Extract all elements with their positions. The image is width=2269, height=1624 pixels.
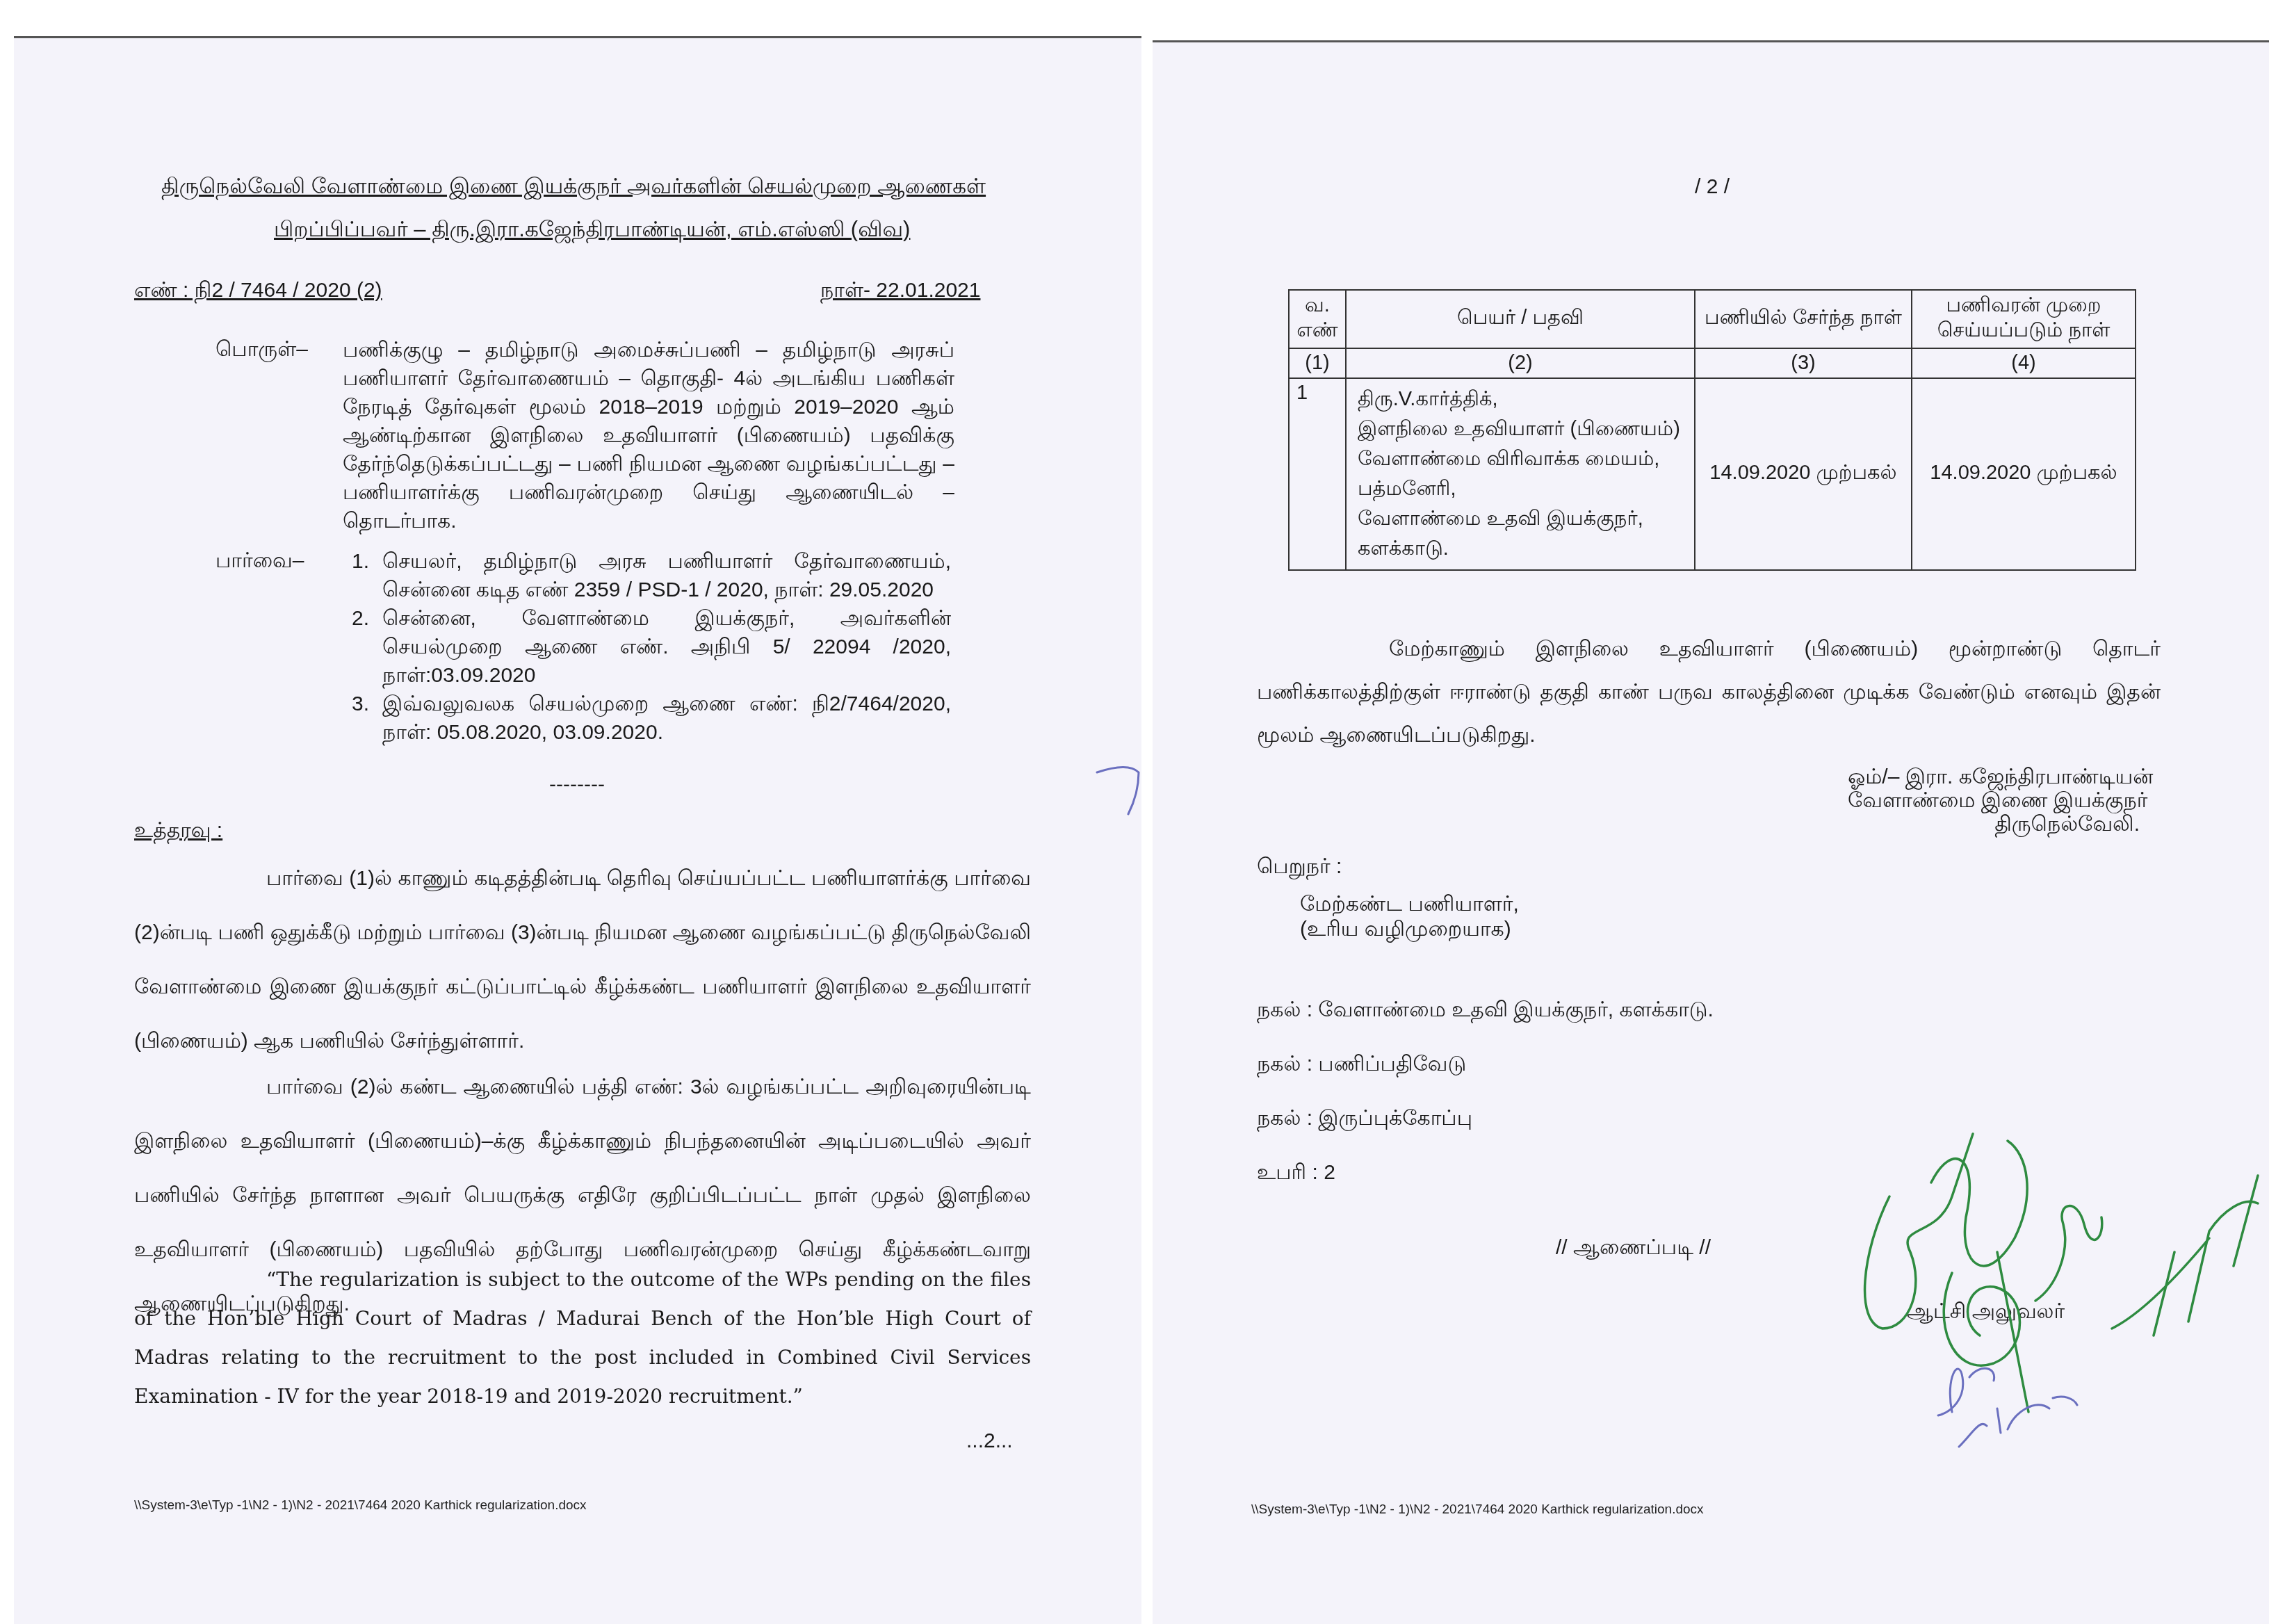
header-sno: வ. எண் xyxy=(1289,290,1346,348)
order-label: உத்தரவு : xyxy=(134,818,222,843)
signatory-name: ஓம்/– இரா. கஜேந்திரபாண்டியன் xyxy=(1848,765,2140,789)
cell-regularization-date: 14.09.2020 முற்பகல் xyxy=(1912,378,2136,570)
column-number: (4) xyxy=(1912,348,2136,378)
column-number: (1) xyxy=(1289,348,1346,378)
header-regularization-date: பணிவரன் முறை செய்யப்படும் நாள் xyxy=(1912,290,2136,348)
document-page-2: / 2 / வ. எண் பெயர் / பதவி பணியில் சேர்ந்… xyxy=(1153,40,2269,1624)
spare-copies: உபரி : 2 xyxy=(1257,1160,1335,1185)
cell-joining-date: 14.09.2020 முற்பகல் xyxy=(1695,378,1912,570)
recipient-label: பெறுநர் : xyxy=(1257,854,1342,879)
copy-item: நகல் : இருப்புக்கோப்பு xyxy=(1257,1106,1472,1131)
header-name: பெயர் / பதவி xyxy=(1346,290,1695,348)
court-condition: “The regularization is subject to the ou… xyxy=(134,1260,1031,1416)
signatory-designation: வேளாண்மை இணை இயக்குநர் xyxy=(1848,789,2140,813)
recipient-block: மேற்கண்ட பணியாளர், (உரிய வழிமுறையாக) xyxy=(1300,892,1519,942)
appointment-table: வ. எண் பெயர் / பதவி பணியில் சேர்ந்த நாள்… xyxy=(1288,289,2136,571)
blue-initials-icon xyxy=(1931,1349,2091,1454)
order-heading: திருநெல்வேலி வேளாண்மை இணை இயக்குநர் அவர்… xyxy=(161,174,986,199)
order-paragraph-1: பார்வை (1)ல் காணும் கடிதத்தின்படி தெரிவு… xyxy=(134,852,1031,1069)
file-path-footer: \\System-3\e\Typ -1\N2 - 1)\N2 - 2021\74… xyxy=(134,1498,587,1513)
order-date: நாள்- 22.01.2021 xyxy=(820,278,980,303)
table-number-row: (1) (2) (3) (4) xyxy=(1289,348,2136,378)
header-joining-date: பணியில் சேர்ந்த நாள் xyxy=(1695,290,1912,348)
reference-item: 3.இவ்வலுவலக செயல்முறை ஆணை எண்: நி2/7464/… xyxy=(352,690,951,747)
reference-item: 1.செயலர், தமிழ்நாடு அரசு பணியாளர் தேர்வா… xyxy=(352,547,951,604)
references-label: பார்வை– xyxy=(215,549,304,574)
pen-mark-icon xyxy=(1090,765,1160,821)
signatory-block: ஓம்/– இரா. கஜேந்திரபாண்டியன் வேளாண்மை இண… xyxy=(1848,765,2140,836)
copy-item: நகல் : பணிப்பதிவேடு xyxy=(1257,1052,1466,1077)
file-path-footer: \\System-3\e\Typ -1\N2 - 1)\N2 - 2021\74… xyxy=(1251,1502,1704,1518)
continued-marker: ...2... xyxy=(966,1429,1013,1454)
signatory-place: திருநெல்வேலி. xyxy=(1848,813,2140,836)
document-page-1: திருநெல்வேலி வேளாண்மை இணை இயக்குநர் அவர்… xyxy=(14,36,1141,1624)
copy-item: நகல் : வேளாண்மை உதவி இயக்குநர், களக்காடு… xyxy=(1257,998,1714,1023)
subject-text: பணிக்குழு – தமிழ்நாடு அமைச்சுப்பணி – தமி… xyxy=(343,336,954,535)
cell-name: திரு.V.கார்த்திக், இளநிலை உதவியாளர் (பிண… xyxy=(1346,378,1695,570)
issuer-line: பிறப்பிப்பவர் – திரு.இரா.கஜேந்திரபாண்டிய… xyxy=(274,217,910,242)
subject-label: பொருள்– xyxy=(215,337,308,362)
column-number: (3) xyxy=(1695,348,1912,378)
reference-item: 2.சென்னை, வேளாண்மை இயக்குநர், அவர்களின் … xyxy=(352,604,951,690)
reference-number: எண் : நி2 / 7464 / 2020 (2) xyxy=(134,278,382,303)
separator: -------- xyxy=(549,772,605,797)
page-marker: / 2 / xyxy=(1695,174,1730,200)
by-order: // ஆணைப்படி // xyxy=(1556,1235,1711,1260)
probation-paragraph: மேற்காணும் இளநிலை உதவியாளர் (பிணையம்) மூ… xyxy=(1257,628,2161,757)
references-list: 1.செயலர், தமிழ்நாடு அரசு பணியாளர் தேர்வா… xyxy=(352,547,951,747)
cell-sno: 1 xyxy=(1289,378,1346,570)
table-row: 1 திரு.V.கார்த்திக், இளநிலை உதவியாளர் (ப… xyxy=(1289,378,2136,570)
column-number: (2) xyxy=(1346,348,1695,378)
table-header-row: வ. எண் பெயர் / பதவி பணியில் சேர்ந்த நாள்… xyxy=(1289,290,2136,348)
